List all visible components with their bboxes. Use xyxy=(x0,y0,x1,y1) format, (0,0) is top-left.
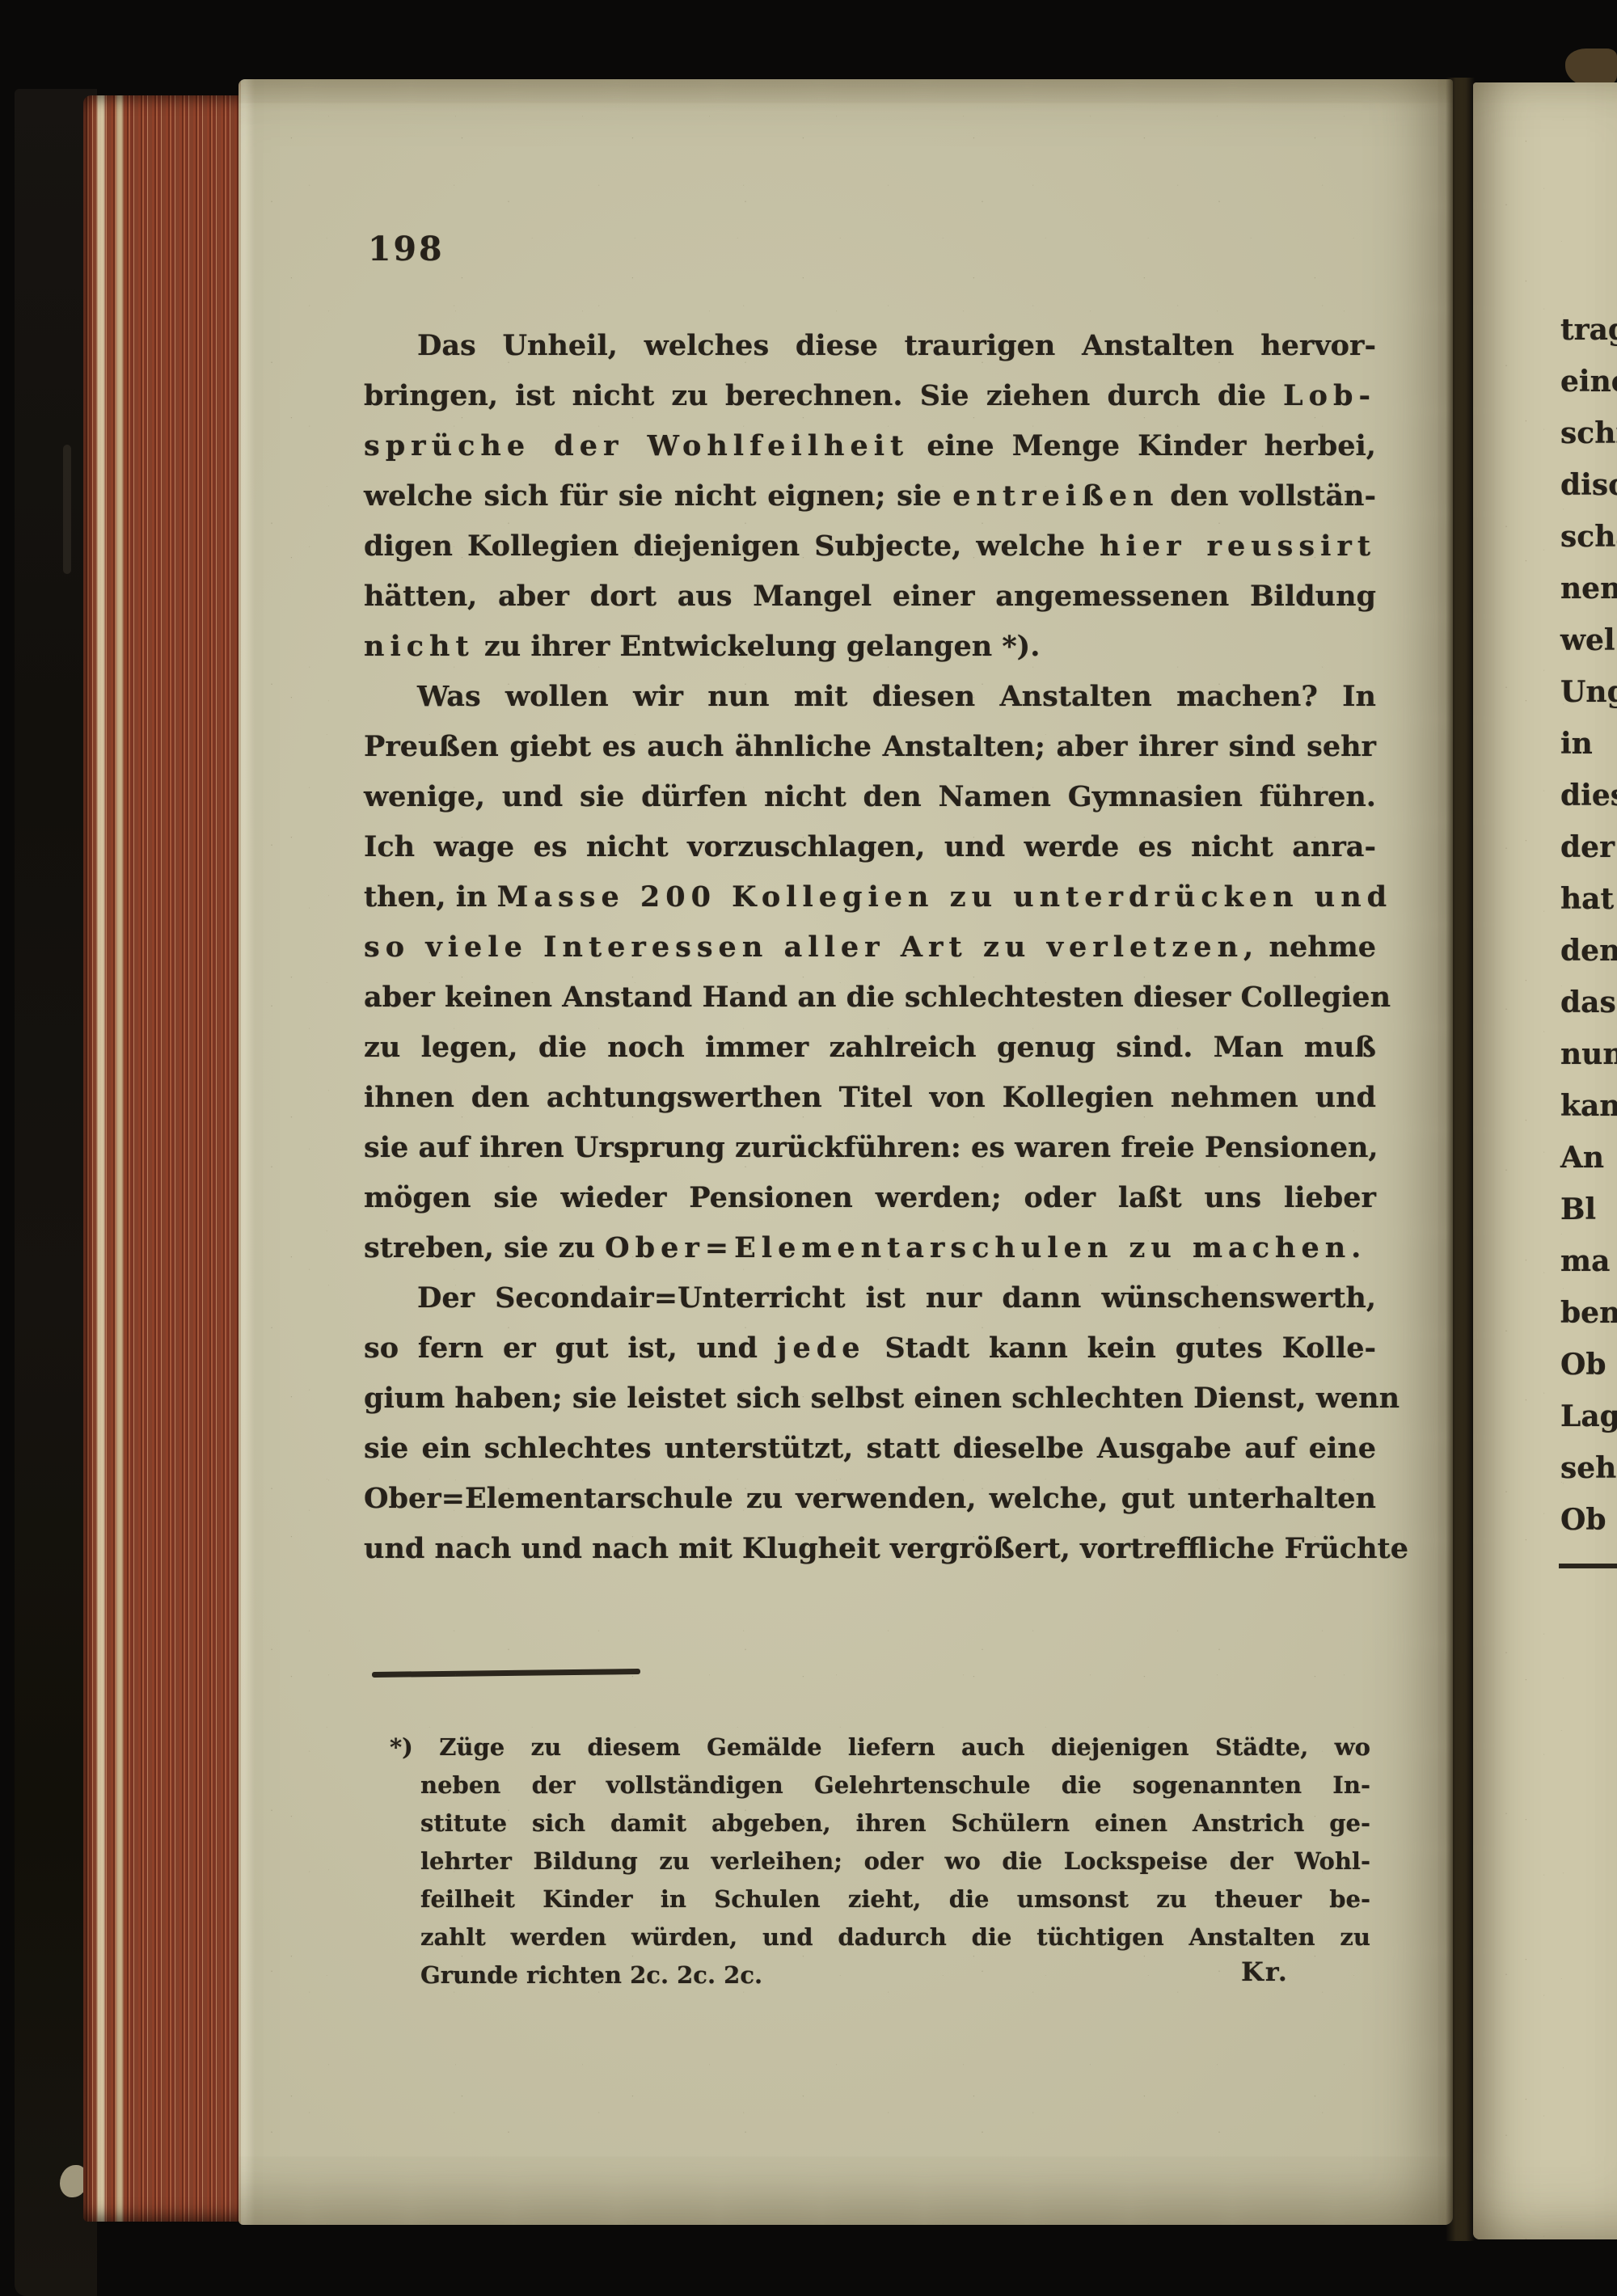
text-segment: Lob- xyxy=(1283,379,1376,412)
right-text-fragment: in xyxy=(1560,720,1617,771)
text-segment: Ober=Elementarschulen zu machen. xyxy=(605,1231,1366,1264)
right-page-text: trageineschidiscschanenwelUngindiesderha… xyxy=(1560,306,1617,1547)
right-text-fragment: Lag xyxy=(1560,1392,1617,1444)
text-segment: mögen sie wieder Pensionen werden; oder … xyxy=(364,1181,1376,1214)
right-text-fragment: Ob xyxy=(1560,1496,1617,1547)
footnote-line: zahlt werden würden, und dadurch die tüc… xyxy=(420,1918,1370,1956)
text-line: then, in Masse 200 Kollegien zu unterdrü… xyxy=(364,873,1376,923)
right-text-fragment: trag xyxy=(1560,306,1617,357)
right-page-footnote-rule xyxy=(1559,1564,1617,1568)
right-page: trageineschidiscschanenwelUngindiesderha… xyxy=(1473,82,1617,2239)
footnote-rule xyxy=(372,1669,640,1678)
text-segment: welche sich für sie nicht eignen; sie xyxy=(364,479,952,513)
footnote: *) Züge zu diesem Gemälde liefern auch d… xyxy=(420,1728,1370,1994)
right-text-fragment: seh xyxy=(1560,1444,1617,1496)
text-segment: streben, sie zu xyxy=(364,1231,605,1264)
text-line: sie ein schlechtes unterstützt, statt di… xyxy=(364,1424,1376,1475)
right-text-fragment: Ob xyxy=(1560,1340,1617,1392)
footnote-line: feilheit Kinder in Schulen zieht, die um… xyxy=(420,1880,1370,1918)
text-line: gium haben; sie leistet sich selbst eine… xyxy=(364,1374,1376,1424)
text-line: Ober=Elementarschule zu verwenden, welch… xyxy=(364,1475,1376,1525)
page-stack-edge xyxy=(83,95,240,2222)
text-segment: Masse 200 Kollegien zu unterdrücken und xyxy=(497,880,1393,914)
text-line: zu legen, die noch immer zahlreich genug… xyxy=(364,1023,1376,1074)
text-segment: wenige, und sie dürfen nicht den Namen G… xyxy=(364,780,1376,813)
footnote-line: Grunde richten 2c. 2c. 2c. xyxy=(420,1956,1370,1994)
text-line: Was wollen wir nun mit diesen Anstalten … xyxy=(364,673,1376,723)
right-text-fragment: disc xyxy=(1560,461,1617,513)
text-line: aber keinen Anstand Hand an die schlecht… xyxy=(364,973,1376,1023)
text-line: welche sich für sie nicht eignen; sie en… xyxy=(364,472,1376,522)
text-segment: hätten, aber dort aus Mangel einer angem… xyxy=(364,580,1376,613)
text-segment: ihnen den achtungswerthen Titel von Koll… xyxy=(364,1081,1376,1114)
body-text: Das Unheil, welches diese traurigen Anst… xyxy=(364,322,1376,1575)
text-segment: Ich wage es nicht vorzuschlagen, und wer… xyxy=(364,830,1376,863)
text-line: Der Secondair=Unterricht ist nur dann wü… xyxy=(364,1274,1376,1324)
cover-scuff xyxy=(63,445,71,574)
right-text-fragment: scha xyxy=(1560,513,1617,564)
text-line: so viele Interessen aller Art zu verletz… xyxy=(364,923,1376,973)
text-segment: Der Secondair=Unterricht ist nur dann wü… xyxy=(417,1281,1376,1315)
footnote-signature: Kr. xyxy=(1241,1956,1289,1987)
text-line: sprüche der Wohlfeilheit eine Menge Kind… xyxy=(364,422,1376,472)
page-number: 198 xyxy=(368,230,445,268)
text-segment: nicht xyxy=(364,630,475,663)
right-text-fragment: der xyxy=(1560,823,1617,875)
right-text-fragment: ma xyxy=(1560,1237,1617,1289)
right-text-fragment: dies xyxy=(1560,771,1617,823)
text-segment: entreißen xyxy=(952,479,1159,513)
text-line: bringen, ist nicht zu berechnen. Sie zie… xyxy=(364,372,1376,422)
text-segment: nehme xyxy=(1259,931,1376,964)
right-text-fragment: kan xyxy=(1560,1082,1617,1133)
text-line: Preußen giebt es auch ähnliche Anstalten… xyxy=(364,723,1376,773)
text-segment: den vollstän- xyxy=(1159,479,1376,513)
text-line: Das Unheil, welches diese traurigen Anst… xyxy=(364,322,1376,372)
right-text-fragment: schi xyxy=(1560,409,1617,461)
right-text-fragment: nun xyxy=(1560,1030,1617,1082)
footnote-line: neben der vollständigen Gelehrtenschule … xyxy=(420,1766,1370,1804)
book-scan: 198 Das Unheil, welches diese traurigen … xyxy=(0,0,1617,2296)
text-segment: Preußen giebt es auch ähnliche Anstalten… xyxy=(364,730,1376,763)
text-segment: sie auf ihren Ursprung zurückführen: es … xyxy=(364,1131,1378,1164)
text-line: nicht zu ihrer Entwickelung gelangen *). xyxy=(364,623,1376,673)
text-segment: Stadt kann kein gutes Kolle- xyxy=(866,1332,1377,1365)
text-segment: Das Unheil, welches diese traurigen Anst… xyxy=(417,329,1376,362)
text-segment: zu legen, die noch immer zahlreich genug… xyxy=(364,1031,1376,1064)
text-segment: eine Menge Kinder herbei, xyxy=(909,429,1376,462)
text-line: so fern er gut ist, und jede Stadt kann … xyxy=(364,1324,1376,1374)
text-segment: bringen, ist nicht zu berechnen. Sie zie… xyxy=(364,379,1283,412)
text-segment: then, in xyxy=(364,880,497,914)
text-line: ihnen den achtungswerthen Titel von Koll… xyxy=(364,1074,1376,1124)
text-segment: digen Kollegien diejenigen Subjecte, wel… xyxy=(364,530,1100,563)
book-gutter xyxy=(1446,78,1475,2241)
text-segment: gium haben; sie leistet sich selbst eine… xyxy=(364,1382,1400,1415)
right-text-fragment: wel xyxy=(1560,616,1617,668)
text-segment: hier reussirt xyxy=(1100,530,1376,563)
right-text-fragment: Ung xyxy=(1560,668,1617,720)
text-line: und nach und nach mit Klugheit vergrößer… xyxy=(364,1525,1376,1575)
right-text-fragment: eine xyxy=(1560,357,1617,409)
text-segment: jede xyxy=(777,1332,866,1365)
text-segment: sprüche der Wohlfeilheit xyxy=(364,429,909,462)
right-text-fragment: das xyxy=(1560,978,1617,1030)
right-text-fragment: den xyxy=(1560,926,1617,978)
text-segment: so fern er gut ist, und xyxy=(364,1332,777,1365)
text-line: wenige, und sie dürfen nicht den Namen G… xyxy=(364,773,1376,823)
right-text-fragment: An xyxy=(1560,1133,1617,1185)
footnote-line: stitute sich damit abgeben, ihren Schüle… xyxy=(420,1804,1370,1842)
right-text-fragment: hat xyxy=(1560,875,1617,926)
text-line: Ich wage es nicht vorzuschlagen, und wer… xyxy=(364,823,1376,873)
text-line: hätten, aber dort aus Mangel einer angem… xyxy=(364,572,1376,623)
right-text-fragment: nen xyxy=(1560,564,1617,616)
text-segment: sie ein schlechtes unterstützt, statt di… xyxy=(364,1432,1376,1465)
text-segment: zu ihrer Entwickelung gelangen *). xyxy=(475,630,1041,663)
text-segment: aber keinen Anstand Hand an die schlecht… xyxy=(364,981,1391,1014)
text-segment: Was wollen wir nun mit diesen Anstalten … xyxy=(417,680,1376,713)
right-text-fragment: ben xyxy=(1560,1289,1617,1340)
text-segment: und nach und nach mit Klugheit vergrößer… xyxy=(364,1532,1408,1565)
paper-tear xyxy=(1565,49,1617,87)
footnote-line: lehrter Bildung zu verleihen; oder wo di… xyxy=(420,1842,1370,1880)
text-line: mögen sie wieder Pensionen werden; oder … xyxy=(364,1174,1376,1224)
text-line: sie auf ihren Ursprung zurückführen: es … xyxy=(364,1124,1376,1174)
footnote-line: *) Züge zu diesem Gemälde liefern auch d… xyxy=(420,1728,1370,1766)
text-segment: Ober=Elementarschule zu verwenden, welch… xyxy=(364,1482,1376,1515)
left-page: 198 Das Unheil, welches diese traurigen … xyxy=(239,79,1453,2225)
right-text-fragment: Bl xyxy=(1560,1185,1617,1237)
text-line: streben, sie zu Ober=Elementarschulen zu… xyxy=(364,1224,1376,1274)
text-segment: so viele Interessen aller Art zu verletz… xyxy=(364,931,1259,964)
text-line: digen Kollegien diejenigen Subjecte, wel… xyxy=(364,522,1376,572)
